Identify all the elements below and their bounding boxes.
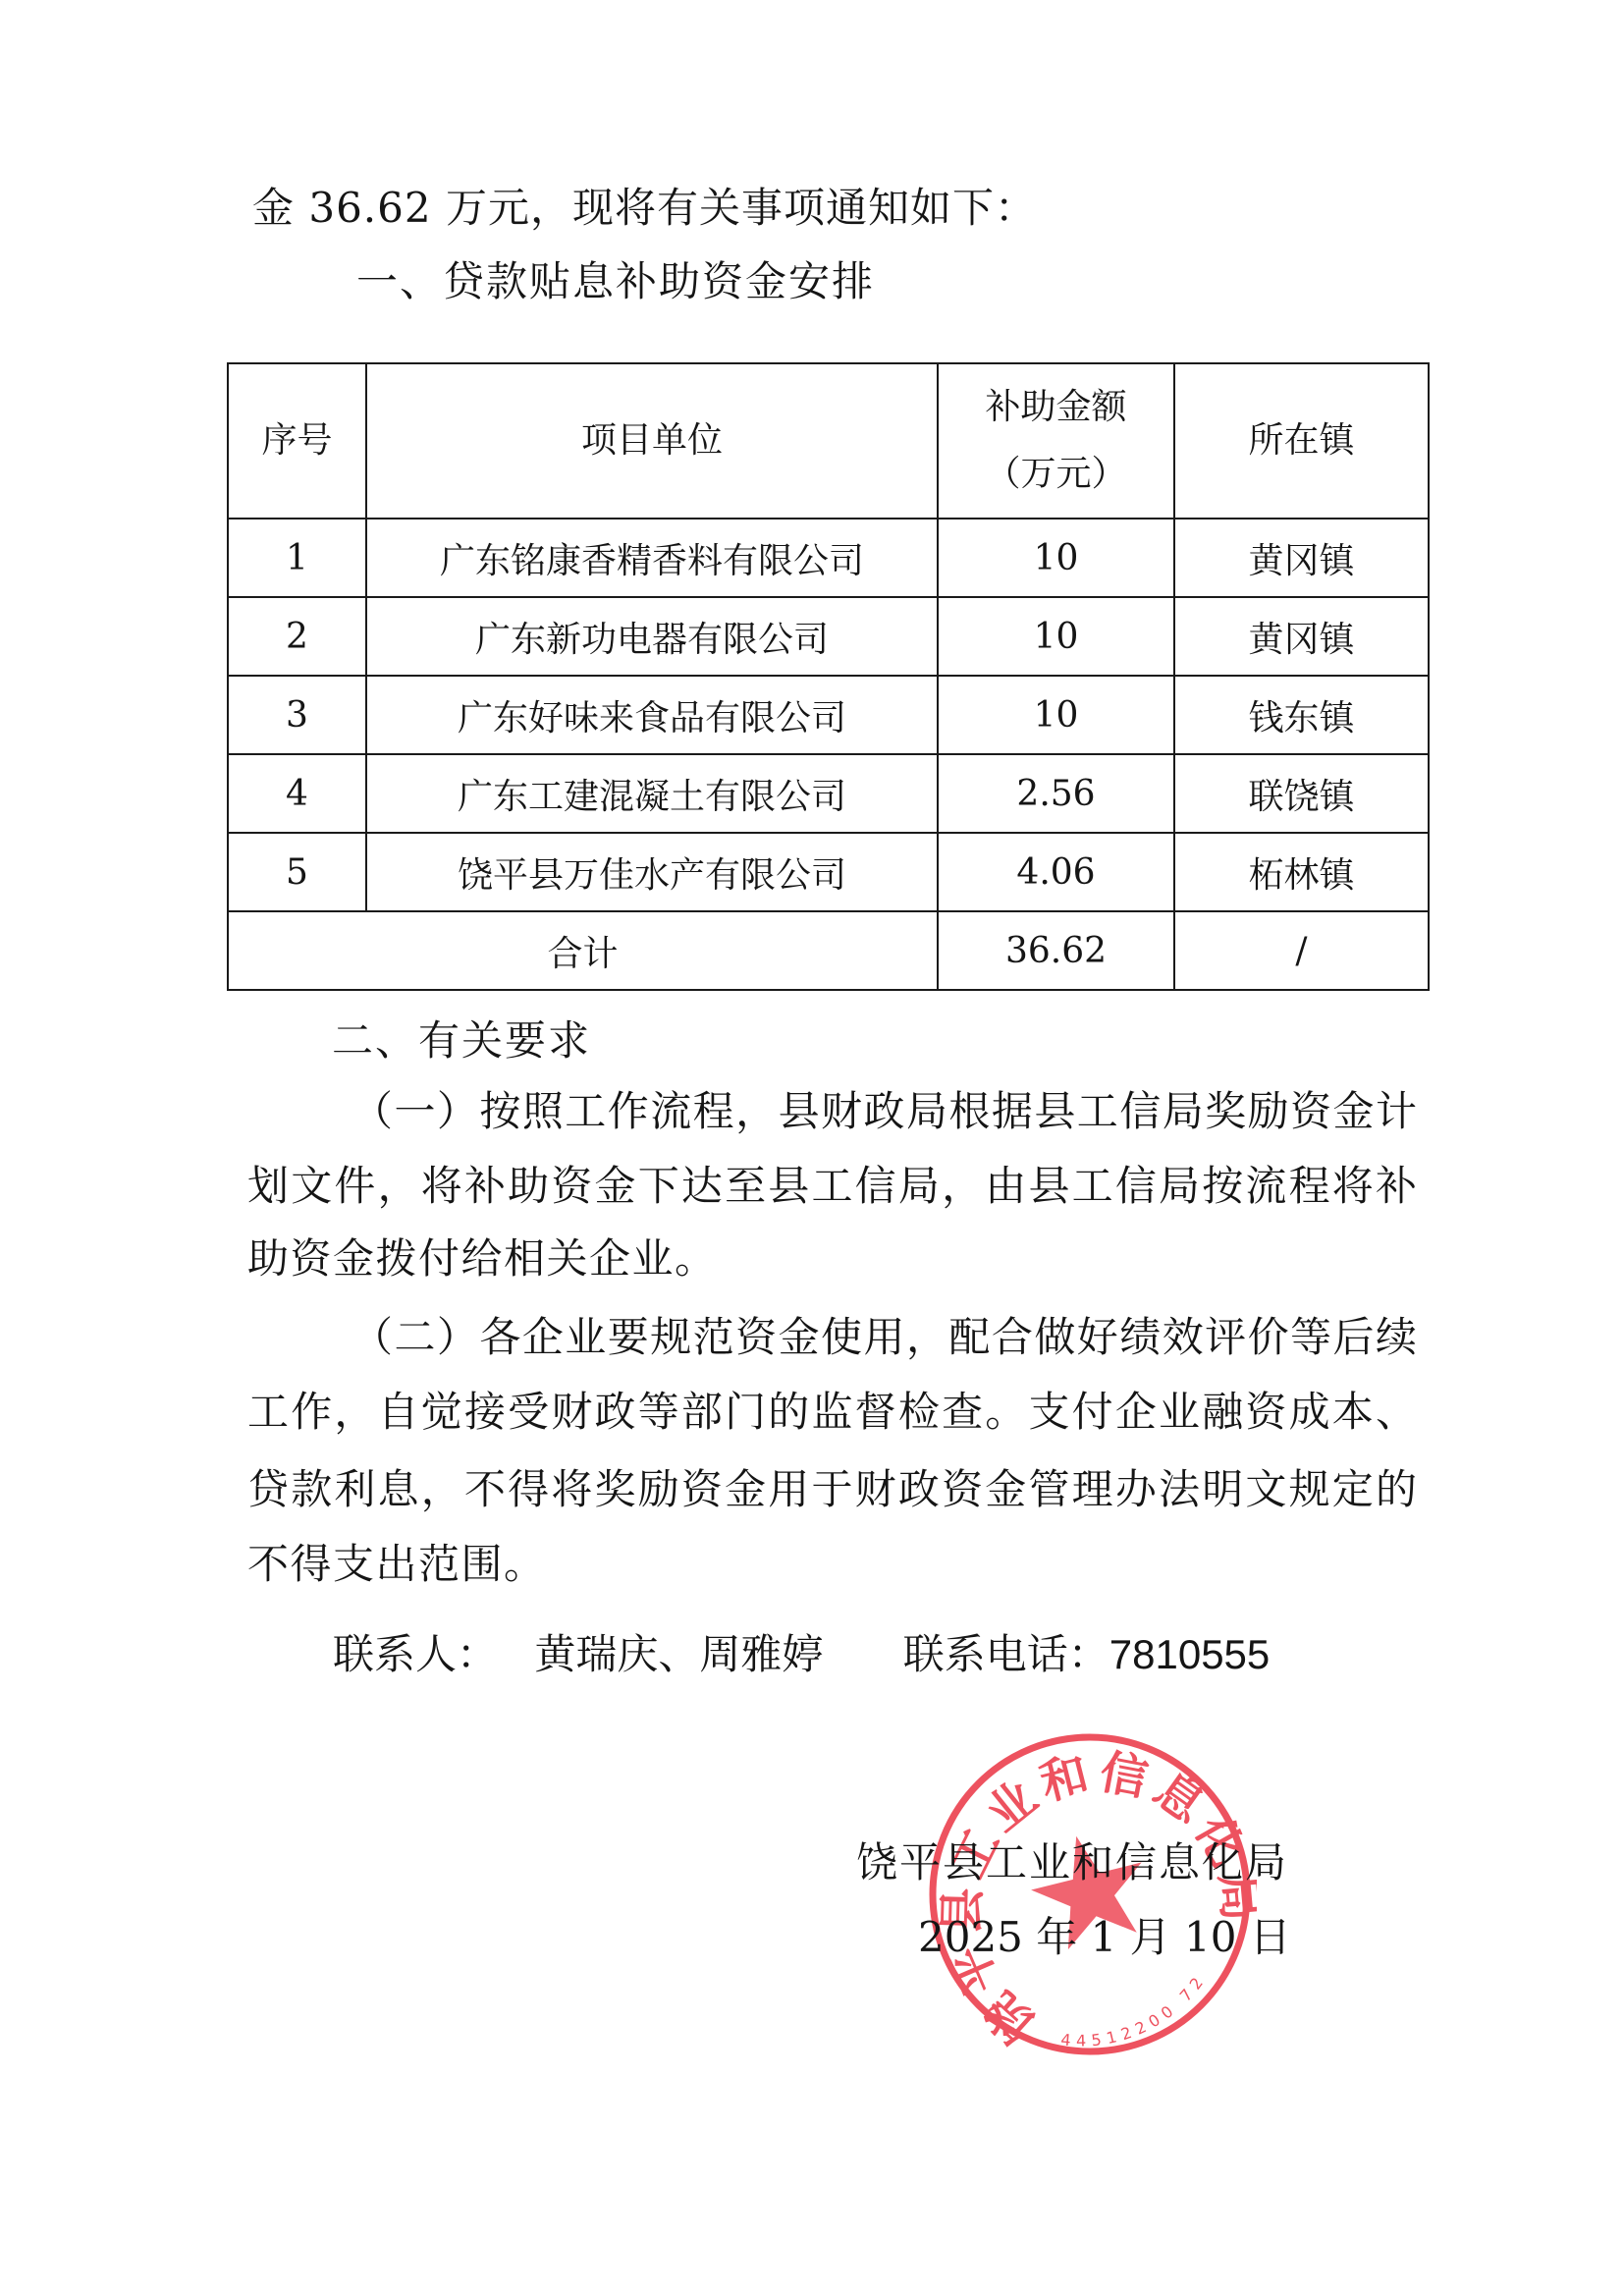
- para1-line-1: （一）按照工作流程，县财政局根据县工信局奖励资金计: [352, 1087, 1417, 1136]
- contact-persons: 黄瑞庆、周雅婷: [534, 1630, 823, 1678]
- official-seal: 饶平县工业和信息化局 44512200 72: [923, 1728, 1257, 2062]
- signature-org: 饶平县工业和信息化局: [856, 1838, 1288, 1887]
- contact-person-label: 联系人：: [333, 1630, 498, 1678]
- header-unit: 项目单位: [366, 363, 938, 519]
- cell-unit: 广东新功电器有限公司: [366, 597, 938, 676]
- cell-unit: 饶平县万佳水产有限公司: [366, 833, 938, 911]
- intro-text: 金 36.62 万元，现将有关事项通知如下：: [252, 184, 1037, 232]
- cell-index: 5: [228, 833, 366, 911]
- cell-town: 黄冈镇: [1174, 519, 1429, 597]
- header-amount-line2: （万元）: [939, 441, 1173, 508]
- cell-index: 1: [228, 519, 366, 597]
- section1-heading: 一、贷款贴息补助资金安排: [356, 257, 875, 306]
- cell-town: 黄冈镇: [1174, 597, 1429, 676]
- cell-unit: 广东好味来食品有限公司: [366, 676, 938, 754]
- table-row: 1 广东铭康香精香料有限公司 10 黄冈镇: [228, 519, 1429, 597]
- table-header-row: 序号 项目单位 补助金额 （万元） 所在镇: [228, 363, 1429, 519]
- header-amount: 补助金额 （万元）: [938, 363, 1174, 519]
- para2-line-4: 不得支出范围。: [247, 1540, 547, 1589]
- subsidy-table: 序号 项目单位 补助金额 （万元） 所在镇 1 广东铭康香精香料有限公司 10 …: [227, 362, 1430, 991]
- total-amount: 36.62: [938, 911, 1174, 990]
- table-row: 2 广东新功电器有限公司 10 黄冈镇: [228, 597, 1429, 676]
- intro-line: 金 36.62 万元，现将有关事项通知如下：: [252, 184, 1037, 233]
- cell-town: 钱东镇: [1174, 676, 1429, 754]
- table-row: 5 饶平县万佳水产有限公司 4.06 柘林镇: [228, 833, 1429, 911]
- contact-phone: 7810555: [1109, 1631, 1271, 1677]
- signature-date: 2025 年 1 月 10 日: [918, 1913, 1291, 1962]
- cell-index: 4: [228, 754, 366, 833]
- table-row: 3 广东好味来食品有限公司 10 钱东镇: [228, 676, 1429, 754]
- contact-phone-label: 联系电话：: [903, 1630, 1109, 1678]
- cell-index: 2: [228, 597, 366, 676]
- table-total-row: 合计 36.62 /: [228, 911, 1429, 990]
- cell-amount: 2.56: [938, 754, 1174, 833]
- cell-town: 柘林镇: [1174, 833, 1429, 911]
- cell-unit: 广东工建混凝土有限公司: [366, 754, 938, 833]
- table-row: 4 广东工建混凝土有限公司 2.56 联饶镇: [228, 754, 1429, 833]
- contact-line: 联系人： 黄瑞庆、周雅婷 联系电话：7810555: [333, 1630, 1270, 1679]
- header-amount-line1: 补助金额: [939, 374, 1173, 441]
- seal-code: 44512200 72: [1060, 1969, 1211, 2050]
- para2-line-1: （二）各企业要规范资金使用，配合做好绩效评价等后续: [352, 1313, 1417, 1362]
- cell-amount: 10: [938, 676, 1174, 754]
- total-town: /: [1174, 911, 1429, 990]
- para1-line-3: 助资金拨付给相关企业。: [247, 1234, 718, 1284]
- cell-unit: 广东铭康香精香料有限公司: [366, 519, 938, 597]
- section2-heading: 二、有关要求: [332, 1016, 591, 1066]
- para2-line-2: 工作，自觉接受财政等部门的监督检查。支付企业融资成本、: [247, 1388, 1417, 1437]
- para2-line-3: 贷款利息，不得将奖励资金用于财政资金管理办法明文规定的: [247, 1465, 1417, 1514]
- header-index: 序号: [228, 363, 366, 519]
- para1-line-2: 划文件，将补助资金下达至县工信局，由县工信局按流程将补: [247, 1162, 1417, 1211]
- cell-amount: 10: [938, 519, 1174, 597]
- cell-amount: 10: [938, 597, 1174, 676]
- total-label: 合计: [228, 911, 938, 990]
- cell-amount: 4.06: [938, 833, 1174, 911]
- cell-town: 联饶镇: [1174, 754, 1429, 833]
- cell-index: 3: [228, 676, 366, 754]
- header-town: 所在镇: [1174, 363, 1429, 519]
